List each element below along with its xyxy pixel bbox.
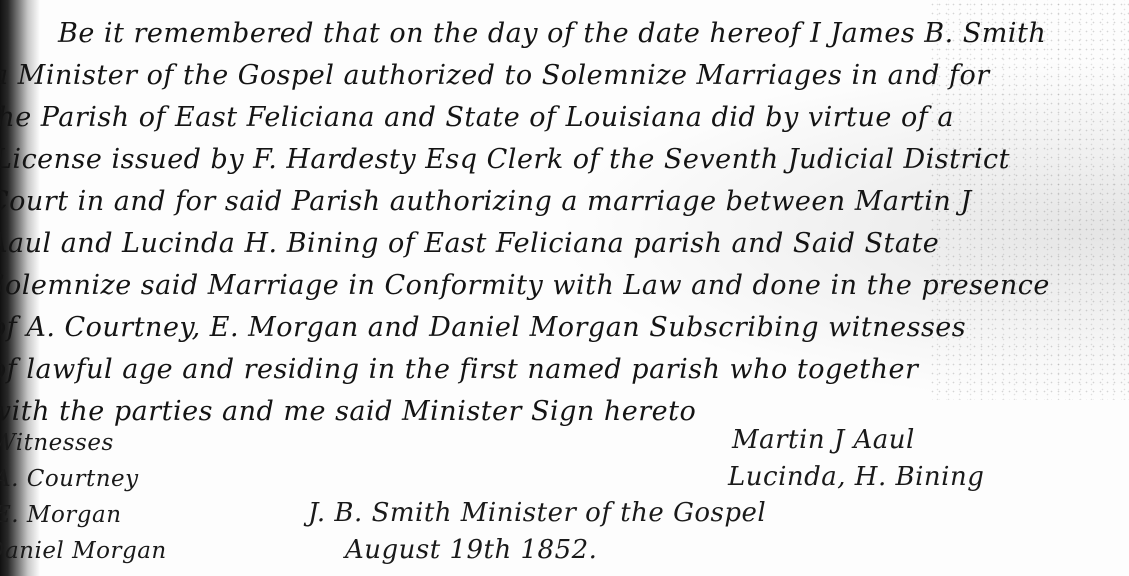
record-line-1: Be it remembered that on the day of the … <box>58 18 1046 49</box>
bride-signature: Lucinda, H. Bining <box>728 462 984 492</box>
minister-signature: J. B. Smith Minister of the Gospel <box>308 498 766 528</box>
record-line-2: a Minister of the Gospel authorized to S… <box>0 60 990 91</box>
record-line-5: Court in and for said Parish authorizing… <box>0 186 972 217</box>
witness-signature-3: Daniel Morgan <box>0 538 167 564</box>
scanned-document-page: Be it remembered that on the day of the … <box>0 0 1129 576</box>
record-line-3: the Parish of East Feliciana and State o… <box>0 102 954 133</box>
record-line-4: License issued by F. Hardesty Esq Clerk … <box>0 144 1010 175</box>
record-line-8: of A. Courtney, E. Morgan and Daniel Mor… <box>0 312 966 343</box>
record-line-10: with the parties and me said Minister Si… <box>0 396 696 427</box>
witnesses-heading: Witnesses <box>0 430 114 456</box>
witness-signature-1: A. Courtney <box>0 466 139 492</box>
record-date: August 19th 1852. <box>345 535 597 565</box>
record-line-9: of lawful age and residing in the first … <box>0 354 918 385</box>
record-line-7: Solemnize said Marriage in Conformity wi… <box>0 270 1050 301</box>
groom-signature: Martin J Aaul <box>732 425 915 455</box>
witness-signature-2: E. Morgan <box>0 502 122 528</box>
record-line-6: Aaul and Lucinda H. Bining of East Felic… <box>0 228 939 259</box>
